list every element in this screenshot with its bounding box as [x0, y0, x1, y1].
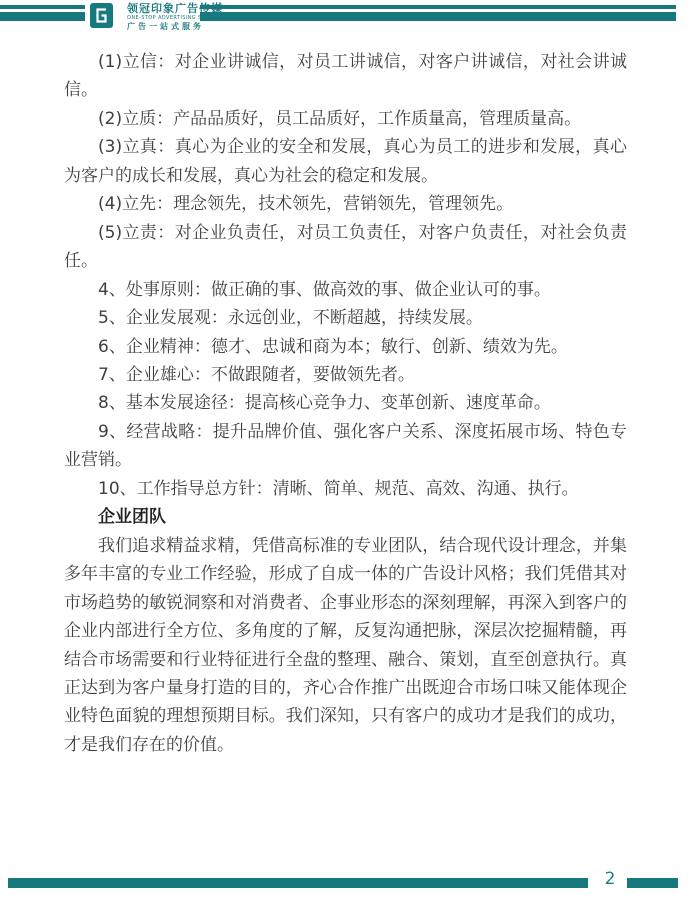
paragraph-spirit: 6、企业精神：德才、忠诚和商为本；敏行、创新、绩效为先。: [64, 333, 627, 361]
footer-rule-long: [8, 878, 588, 888]
section-heading-team: 企业团队: [64, 503, 627, 531]
header-rule-right-thick: [200, 12, 676, 21]
paragraph-ambition: 7、企业雄心：不做跟随者，要做领先者。: [64, 361, 627, 389]
paragraph-li-xin: (1)立信：对企业讲诚信，对员工讲诚信，对客户讲诚信，对社会讲诚信。: [64, 48, 627, 105]
paragraph-li-zhi: (2)立质：产品品质好，员工品质好，工作质量高，管理质量高。: [64, 105, 627, 133]
paragraph-li-zhen: (3)立真：真心为企业的安全和发展，真心为员工的进步和发展，真心为客户的成长和发…: [64, 133, 627, 190]
paragraph-development: 5、企业发展观：永远创业，不断超越，持续发展。: [64, 304, 627, 332]
paragraph-path: 8、基本发展途径：提高核心竞争力、变革创新、速度革命。: [64, 389, 627, 417]
header-rule-left-thin: [0, 5, 85, 9]
header-rule-right-thin: [200, 5, 676, 9]
g-monogram-icon: [90, 3, 113, 28]
header-rule-left-thick: [0, 12, 85, 21]
page-number: 2: [596, 871, 624, 888]
document-page: 领冠印象广告传媒 ONE-STOP ADVERTISING SERVICE 广告…: [0, 0, 689, 899]
paragraph-li-xian: (4)立先：理念领先，技术领先，营销领先，管理领先。: [64, 190, 627, 218]
footer-rule-short: [627, 878, 678, 888]
paragraph-principles: 4、处事原则：做正确的事、做高效的事、做企业认可的事。: [64, 276, 627, 304]
document-body: (1)立信：对企业讲诚信，对员工讲诚信，对客户讲诚信，对社会讲诚信。 (2)立质…: [64, 48, 627, 759]
closing-paragraph: 我们追求精益求精，凭借高标准的专业团队，结合现代设计理念，并集多年丰富的专业工作…: [64, 532, 627, 760]
paragraph-li-ze: (5)立责：对企业负责任，对员工负责任，对客户负责任，对社会负责任。: [64, 219, 627, 276]
paragraph-strategy: 9、经营战略：提升品牌价值、强化客户关系、深度拓展市场、特色专业营销。: [64, 418, 627, 475]
brand-tagline-cn: 广告一站式服务: [127, 23, 237, 31]
paragraph-guideline: 10、工作指导总方针：清晰、简单、规范、高效、沟通、执行。: [64, 475, 627, 503]
